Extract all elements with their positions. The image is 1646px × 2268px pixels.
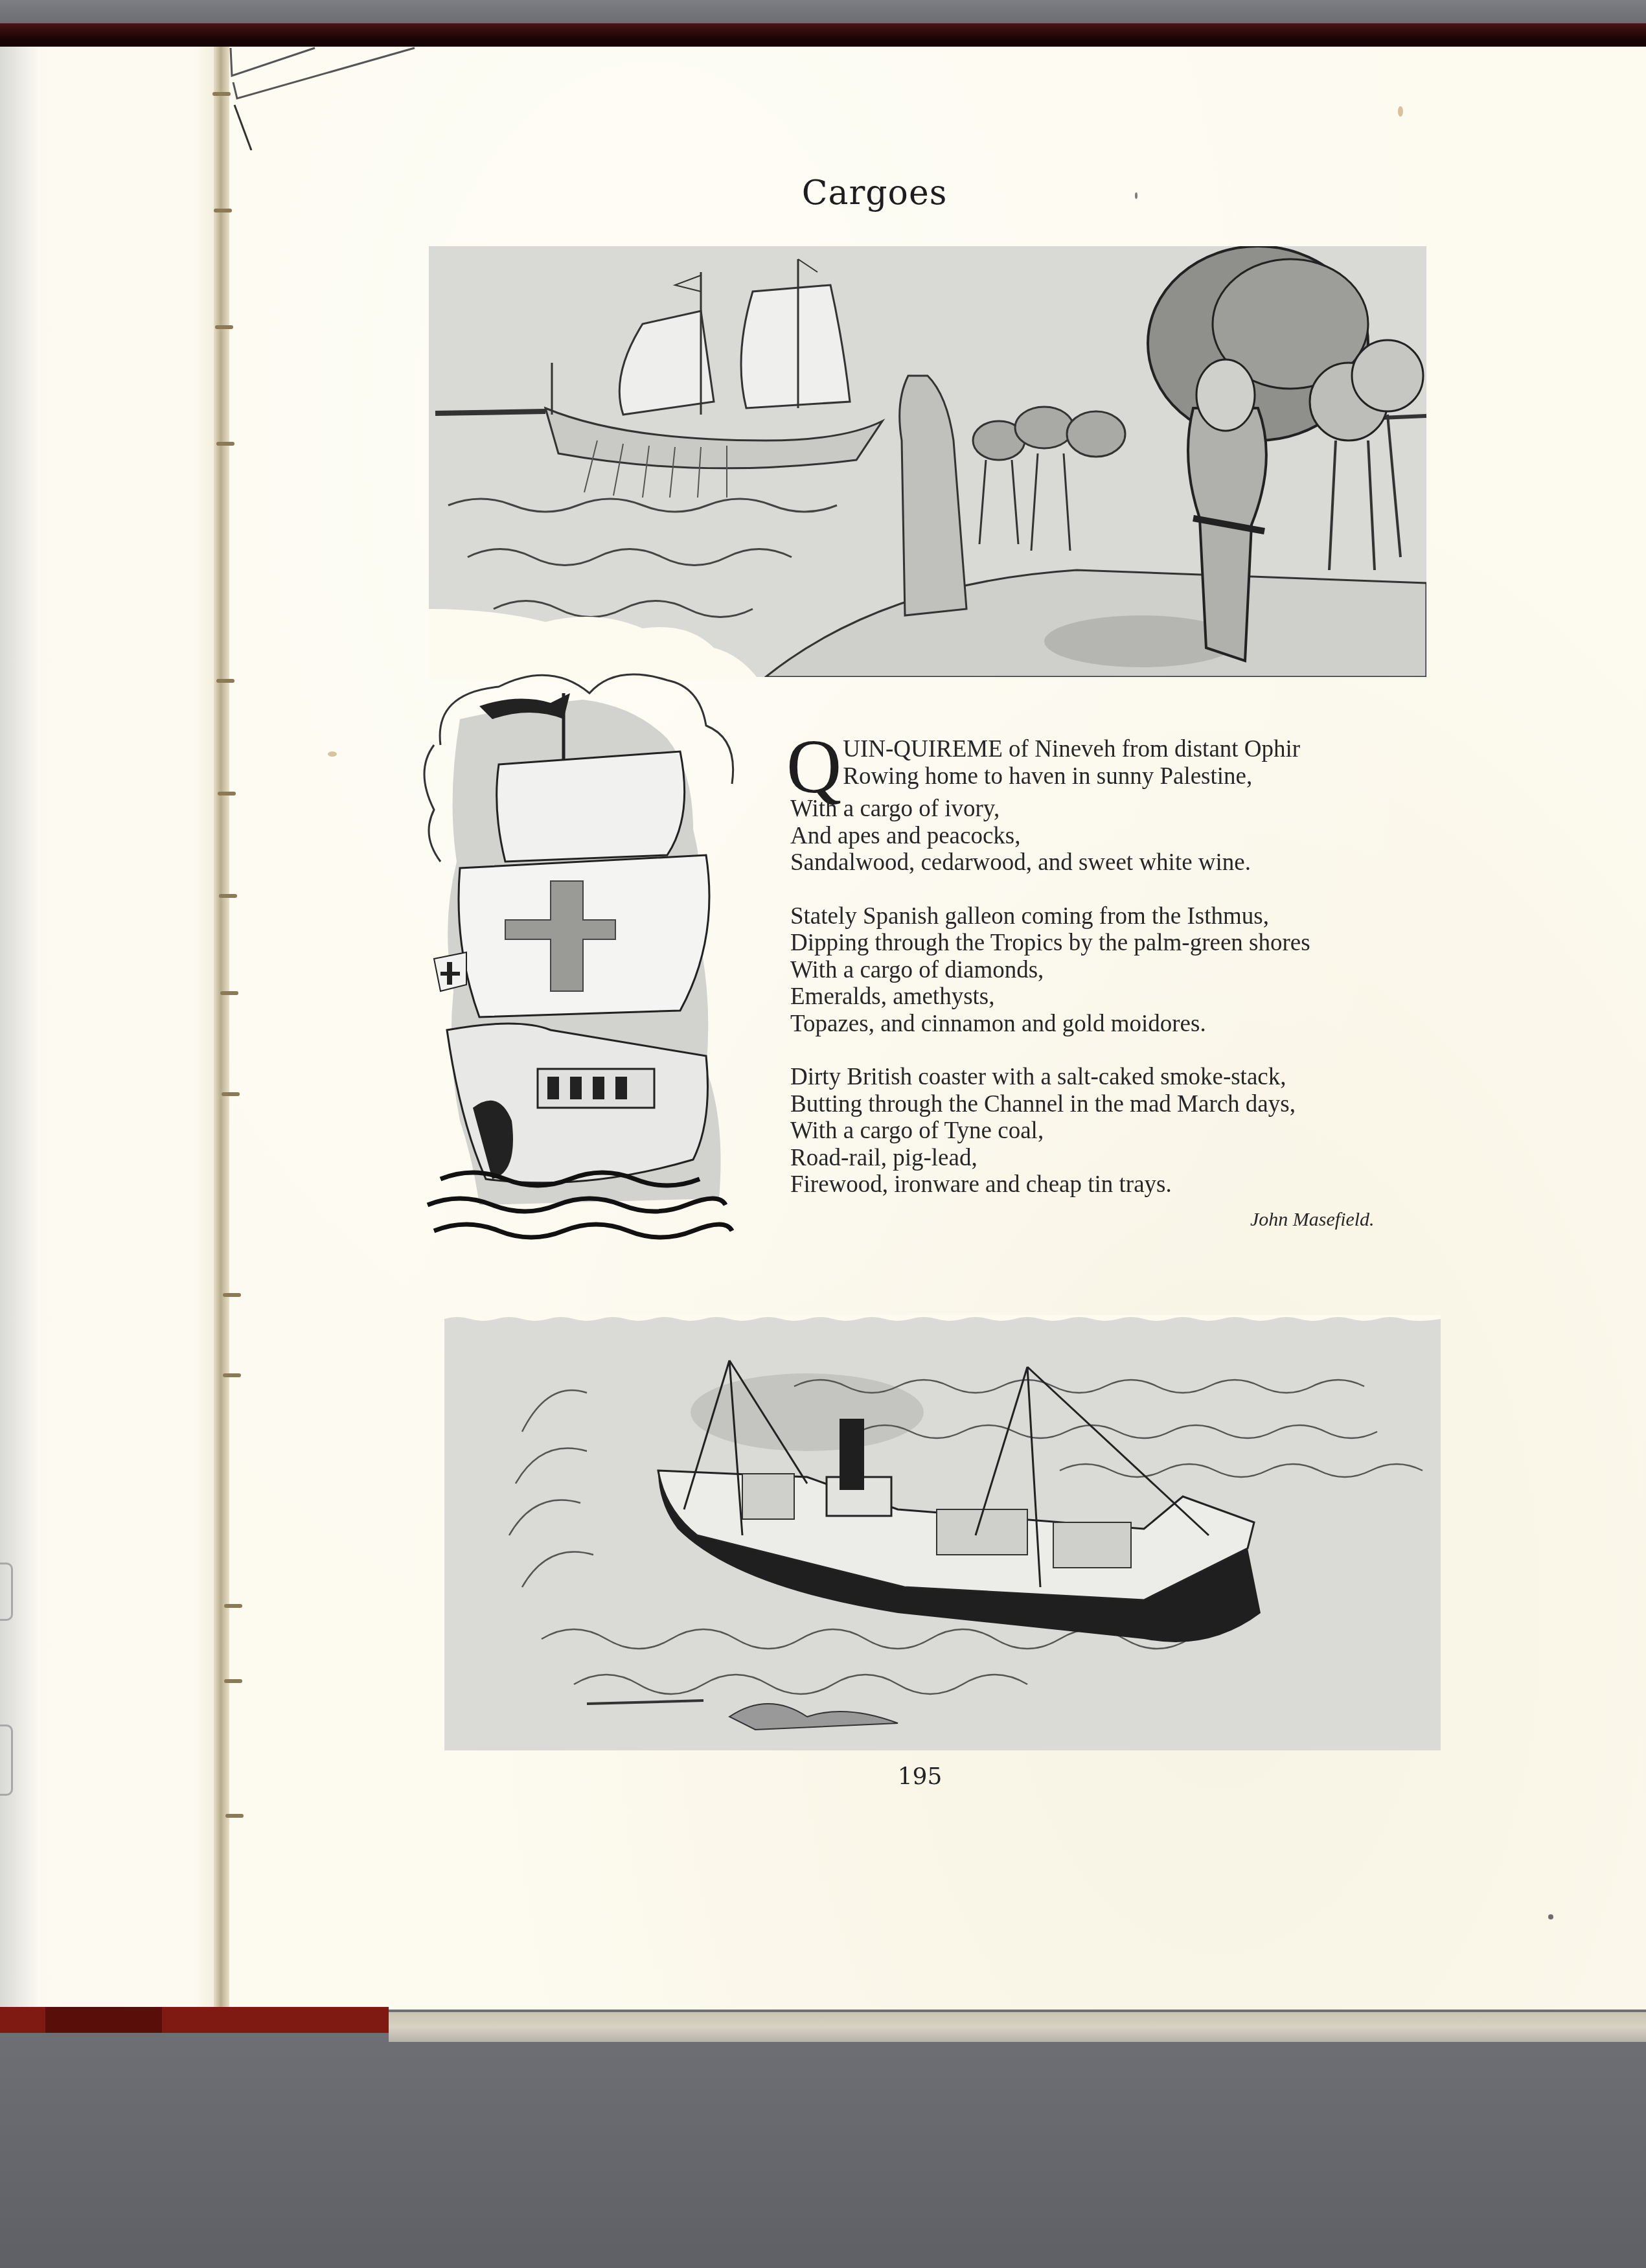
paper-speck bbox=[1398, 106, 1403, 117]
binding-stitch bbox=[220, 991, 238, 995]
poem-line: Butting through the Channel in the mad M… bbox=[790, 1091, 1464, 1118]
binding-stitch bbox=[224, 1604, 242, 1608]
binding-stitch bbox=[216, 679, 234, 683]
poem-line: Dipping through the Tropics by the palm-… bbox=[790, 930, 1464, 957]
poem-line: And apes and peacocks, bbox=[790, 823, 1464, 850]
page-block-bottom-edge bbox=[389, 2012, 1646, 2042]
illustration-galleon bbox=[421, 667, 745, 1250]
binding-stitch bbox=[222, 1092, 240, 1096]
facing-left-page bbox=[0, 47, 222, 2008]
poem-line: Topazes, and cinnamon and gold moidores. bbox=[790, 1011, 1464, 1038]
binding-stitch bbox=[225, 1814, 244, 1818]
poem-line: Sandalwood, cedarwood, and sweet white w… bbox=[790, 849, 1464, 876]
page-number: 195 bbox=[894, 1763, 946, 1790]
poem-line: Firewood, ironware and cheap tin trays. bbox=[790, 1171, 1464, 1198]
poem-line: With a cargo of diamonds, bbox=[790, 957, 1464, 984]
poem-line: Emeralds, amethysts, bbox=[790, 983, 1464, 1011]
poem-stanza-1: Q UIN-QUIREME of Nineveh from distant Op… bbox=[790, 736, 1464, 876]
steam-coaster-ship-icon bbox=[444, 1315, 1441, 1750]
binding-stitch bbox=[215, 325, 233, 329]
poem-title: Cargoes bbox=[713, 174, 1036, 212]
poem-author: John Masefield. bbox=[1250, 1209, 1419, 1231]
poem-line: Rowing home to haven in sunny Palestine, bbox=[790, 763, 1464, 790]
poem-line: Stately Spanish galleon coming from the … bbox=[790, 903, 1464, 930]
illustration-steam-coaster bbox=[444, 1315, 1441, 1750]
binding-stitch bbox=[223, 1293, 241, 1297]
poem-line: With a cargo of Tyne coal, bbox=[790, 1117, 1464, 1145]
paper-speck bbox=[1135, 192, 1137, 199]
poem-stanza-2: Stately Spanish galleon coming from the … bbox=[790, 903, 1464, 1038]
pencil-ruled-corner-mark bbox=[224, 47, 457, 150]
drop-cap: Q bbox=[786, 739, 841, 796]
facing-page-sketch-fragment bbox=[0, 1724, 13, 1796]
facing-page-sketch-fragment bbox=[0, 1563, 13, 1621]
poem-body: Q UIN-QUIREME of Nineveh from distant Op… bbox=[790, 736, 1464, 1225]
book-scan: Cargoes bbox=[0, 0, 1646, 2268]
binding-stitch bbox=[218, 792, 236, 796]
paper-speck bbox=[1548, 1914, 1553, 1919]
binding-stitch bbox=[223, 1373, 241, 1377]
poem-stanza-3: Dirty British coaster with a salt-caked … bbox=[790, 1064, 1464, 1198]
poem-line: UIN-QUIREME of Nineveh from distant Ophi… bbox=[790, 736, 1464, 763]
binding-stitch bbox=[219, 894, 237, 898]
binding-stitch bbox=[216, 442, 234, 446]
binding-stitch bbox=[214, 209, 232, 212]
book-cover-bottom-shadow bbox=[45, 2007, 162, 2033]
binding-stitch bbox=[224, 1679, 242, 1683]
paper-speck bbox=[328, 751, 337, 757]
poem-line: With a cargo of ivory, bbox=[790, 796, 1464, 823]
book-cover-top-edge bbox=[0, 23, 1646, 48]
poem-line: Dirty British coaster with a salt-caked … bbox=[790, 1064, 1464, 1091]
page-gutter-binding bbox=[214, 47, 229, 2008]
scanner-background-top bbox=[0, 0, 1646, 26]
poem-line: Road-rail, pig-lead, bbox=[790, 1145, 1464, 1172]
galleon-ship-icon bbox=[421, 667, 745, 1250]
